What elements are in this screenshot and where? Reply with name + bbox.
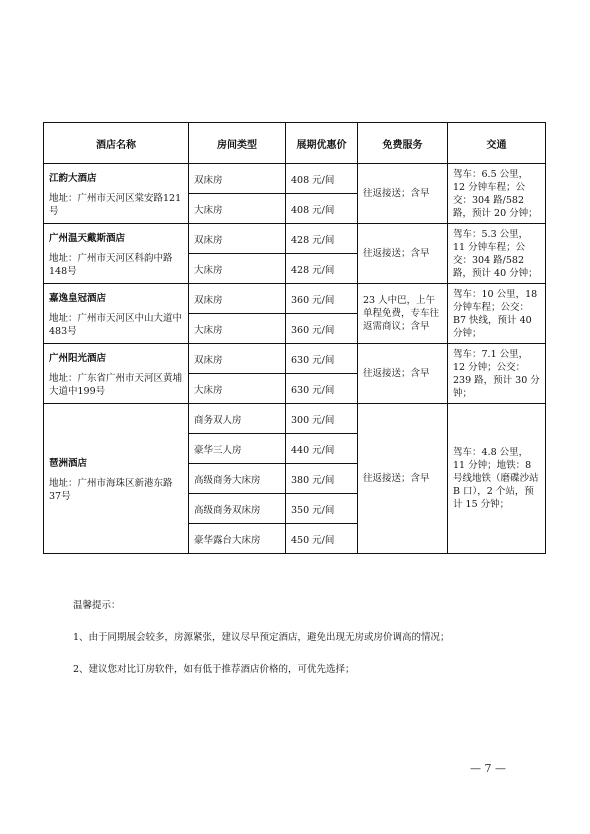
tips-title: 温馨提示： xyxy=(73,597,450,611)
hotel-cell: 广州温天戴斯酒店 地址：广州市天河区科韵中路148号 xyxy=(44,224,189,284)
hotel-address: 地址：广州市天河区中山大道中483号 xyxy=(49,312,183,338)
transport: 驾车：5.3 公里，11 分钟车程；公交：304 路/582 路，预计 40 分… xyxy=(448,224,546,284)
room-price: 350 元/间 xyxy=(286,494,358,524)
table-row: 江韵大酒店 地址：广州市天河区棠安路121号 双床房 408 元/间 往返接送；… xyxy=(44,164,546,194)
transport: 驾车：4.8 公里，11 分钟；地铁：8 号线地铁（磨碟沙站 B 口），2 个站… xyxy=(448,404,546,554)
tips-section: 温馨提示： 1、由于同期展会较多，房源紧张，建议尽早预定酒店，避免出现无房或房价… xyxy=(73,597,450,693)
room-type: 高级商务大床房 xyxy=(189,464,286,494)
table-row: 广州阳光酒店 地址：广东省广州市天河区黄埔大道中199号 双床房 630 元/间… xyxy=(44,344,546,374)
transport: 驾车：6.5 公里，12 分钟车程；公交：304 路/582 路，预计 20 分… xyxy=(448,164,546,224)
room-type: 大床房 xyxy=(189,314,286,344)
room-type: 大床房 xyxy=(189,374,286,404)
free-service: 往返接送；含早 xyxy=(358,164,448,224)
room-price: 440 元/间 xyxy=(286,434,358,464)
header-service: 免费服务 xyxy=(358,123,448,164)
header-hotel-name: 酒店名称 xyxy=(44,123,189,164)
transport: 驾车：10 公里，18 分钟车程；公交：B7 快线，预计 40 分钟； xyxy=(448,284,546,344)
room-price: 408 元/间 xyxy=(286,164,358,194)
hotel-name: 广州温天戴斯酒店 xyxy=(49,230,183,244)
room-price: 630 元/间 xyxy=(286,374,358,404)
room-type: 双床房 xyxy=(189,224,286,254)
page-number: — 7 — xyxy=(470,762,506,775)
tip-item: 2、建议您对比订房软件，如有低于推荐酒店价格的，可优先选择； xyxy=(73,661,450,675)
room-price: 300 元/间 xyxy=(286,404,358,434)
room-type: 高级商务双床房 xyxy=(189,494,286,524)
hotel-address: 地址：广州市天河区棠安路121号 xyxy=(49,192,183,218)
room-type: 双床房 xyxy=(189,164,286,194)
hotel-address: 地址：广州市天河区科韵中路148号 xyxy=(49,252,183,278)
hotel-cell: 广州阳光酒店 地址：广东省广州市天河区黄埔大道中199号 xyxy=(44,344,189,404)
free-service: 往返接送；含早 xyxy=(358,404,448,554)
header-price: 展期优惠价 xyxy=(286,123,358,164)
header-room-type: 房间类型 xyxy=(189,123,286,164)
hotel-name: 江韵大酒店 xyxy=(49,170,183,184)
table-row: 嘉逸皇冠酒店 地址：广州市天河区中山大道中483号 双床房 360 元/间 23… xyxy=(44,284,546,314)
hotel-name: 嘉逸皇冠酒店 xyxy=(49,290,183,304)
room-price: 360 元/间 xyxy=(286,314,358,344)
tip-item: 1、由于同期展会较多，房源紧张，建议尽早预定酒店，避免出现无房或房价调高的情况； xyxy=(73,629,450,643)
table-header-row: 酒店名称 房间类型 展期优惠价 免费服务 交通 xyxy=(44,123,546,164)
room-price: 380 元/间 xyxy=(286,464,358,494)
room-type: 商务双人房 xyxy=(189,404,286,434)
hotel-address: 地址：广东省广州市天河区黄埔大道中199号 xyxy=(49,372,183,398)
room-type: 大床房 xyxy=(189,254,286,284)
hotel-cell: 江韵大酒店 地址：广州市天河区棠安路121号 xyxy=(44,164,189,224)
table-row: 广州温天戴斯酒店 地址：广州市天河区科韵中路148号 双床房 428 元/间 往… xyxy=(44,224,546,254)
hotel-cell: 嘉逸皇冠酒店 地址：广州市天河区中山大道中483号 xyxy=(44,284,189,344)
hotel-cell: 琶洲酒店 地址：广州市海珠区新港东路37号 xyxy=(44,404,189,554)
room-type: 双床房 xyxy=(189,284,286,314)
room-price: 408 元/间 xyxy=(286,194,358,224)
transport: 驾车：7.1 公里，12 分钟；公交：239 路，预计 30 分钟； xyxy=(448,344,546,404)
hotel-address: 地址：广州市海珠区新港东路37号 xyxy=(49,477,183,503)
free-service: 往返接送；含早 xyxy=(358,344,448,404)
table-row: 琶洲酒店 地址：广州市海珠区新港东路37号 商务双人房 300 元/间 往返接送… xyxy=(44,404,546,434)
room-price: 360 元/间 xyxy=(286,284,358,314)
room-type: 双床房 xyxy=(189,344,286,374)
free-service: 23 人中巴，上午单程免费，专车往返需商议；含早 xyxy=(358,284,448,344)
hotel-table: 酒店名称 房间类型 展期优惠价 免费服务 交通 江韵大酒店 地址：广州市天河区棠… xyxy=(43,122,546,554)
room-price: 428 元/间 xyxy=(286,224,358,254)
room-price: 630 元/间 xyxy=(286,344,358,374)
room-type: 大床房 xyxy=(189,194,286,224)
hotel-name: 广州阳光酒店 xyxy=(49,350,183,364)
room-type: 豪华露台大床房 xyxy=(189,524,286,554)
room-price: 428 元/间 xyxy=(286,254,358,284)
free-service: 往返接送；含早 xyxy=(358,224,448,284)
room-type: 豪华三人房 xyxy=(189,434,286,464)
header-transport: 交通 xyxy=(448,123,546,164)
room-price: 450 元/间 xyxy=(286,524,358,554)
hotel-name: 琶洲酒店 xyxy=(49,455,183,469)
